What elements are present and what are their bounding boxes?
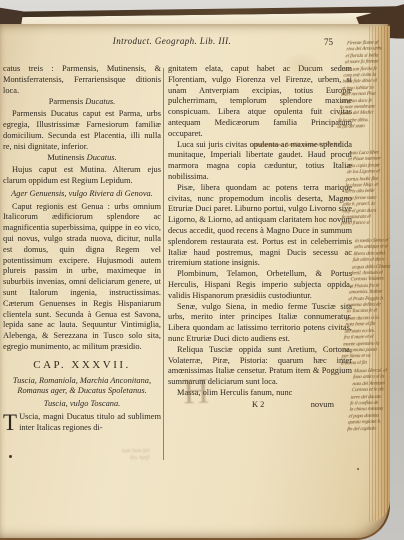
book-photo: Introduct. Geograph. Lib. III. 75 catus … <box>0 0 404 540</box>
text-paragraph-dropcap: TUscia, magni Ducatus titulo ad sublimem… <box>3 412 161 434</box>
section-heading-italic: Tuscia, Romaniola, Marchia Anconitana, R… <box>11 376 153 398</box>
gathering-signature: K 2 <box>252 400 264 411</box>
marginalia-block: nota Luca liber.et Pisae marmoralia copi… <box>341 149 396 227</box>
marginalia-block: Firenze fiume alriva del Arno urbsel flo… <box>337 39 393 130</box>
page-number: 75 <box>324 37 333 47</box>
marginalia-block: Massa Hercul. elfano antico si lanota de… <box>347 367 400 432</box>
ink-speck <box>357 468 359 470</box>
left-column: catus treis : Parmensis, Mutinensis, & M… <box>3 64 161 434</box>
text-paragraph: gnitatem elata, caput habet ac Ducum sed… <box>168 64 352 140</box>
left-column-blocks: catus treis : Parmensis, Mutinensis, & M… <box>3 64 161 434</box>
printed-text-layer: Introduct. Geograph. Lib. III. 75 catus … <box>0 0 404 540</box>
marginalia-line: fin del capitolo <box>347 425 394 433</box>
page-stain <box>282 52 322 78</box>
marginalia-line: al fin del stato <box>337 123 384 131</box>
marginalia-line: a Roma el fin <box>341 359 388 367</box>
section-heading-text: Ducatus. <box>85 97 115 106</box>
section-heading: Mutinensis Ducatus. <box>3 153 161 164</box>
text-paragraph: Parmensis Ducatus caput est Parma, urbs … <box>3 109 161 152</box>
ink-showthrough-text: siq uod murSpqr eth <box>30 448 150 464</box>
handwritten-inline-note: Mediterranea, familia questa del Medici <box>252 142 357 149</box>
ink-showthrough-initial: H <box>182 370 209 413</box>
ink-speck <box>176 84 178 86</box>
running-header: Introduct. Geograph. Lib. III. <box>22 36 322 46</box>
text-paragraph: catus treis : Parmensis, Mutinensis, & M… <box>3 64 161 96</box>
section-heading: Parmensis Ducatus. <box>3 97 161 108</box>
section-heading-italic: Tuscia, vulgo Toscana. <box>11 399 153 410</box>
right-column-blocks: gnitatem elata, caput habet ac Ducum sed… <box>168 64 352 399</box>
column-divider-rule <box>163 68 164 460</box>
catchword: novum <box>311 400 334 411</box>
text-paragraph: Hujus caput est Mutina. Alterum ejus cla… <box>3 165 161 187</box>
showthrough-line: Spqr eth <box>30 455 150 464</box>
text-paragraph: Pisæ, libera quondam ac potens terra mar… <box>168 183 352 269</box>
section-heading-text: Ducatus. <box>87 153 117 162</box>
text-paragraph: Senæ, vulgo Siena, in medio ferme Tusciæ… <box>168 302 352 345</box>
marginalia-line: porto franco si <box>341 220 388 228</box>
ink-speck <box>9 455 12 458</box>
section-heading-italic: Ager Genuensis, vulgo Riviera di Genova. <box>11 189 153 200</box>
handwritten-marginalia: Firenze fiume alriva del Arno urbsel flo… <box>341 37 387 38</box>
section-heading-text: Parmensis <box>49 97 86 106</box>
chapter-heading: CAP. XXXVII. <box>3 360 161 371</box>
right-column: gnitatem elata, caput habet ac Ducum sed… <box>168 64 352 411</box>
section-heading-text: Mutinensis <box>47 153 86 162</box>
drop-cap-initial: T <box>3 412 19 432</box>
page-stain <box>44 196 88 230</box>
text-paragraph: Plombinum, Telamon, Orbetellum, & Portus… <box>168 269 352 301</box>
